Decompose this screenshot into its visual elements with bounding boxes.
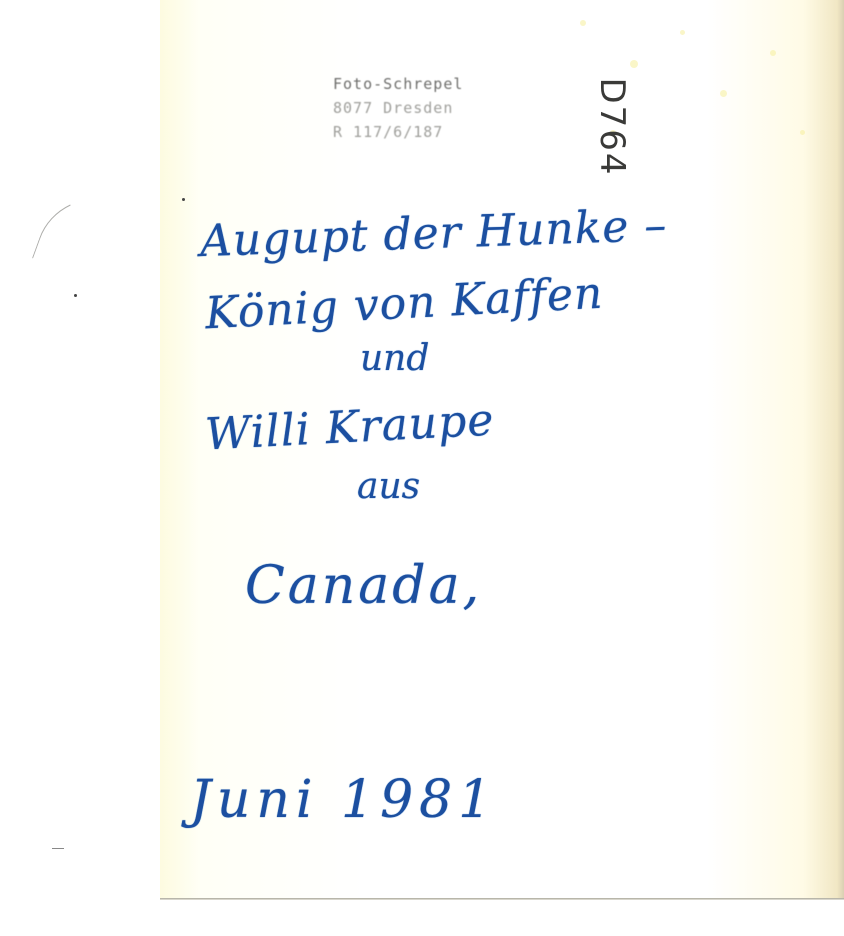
stamp-line-studio: Foto-Schrepel [333,72,533,96]
stain-speckle [580,20,586,26]
scanned-page: Foto-Schrepel 8077 Dresden R 117/6/187 D… [0,0,844,936]
handwriting-line-5: aus [357,466,420,507]
handwriting-line-location: Canada, [245,556,482,616]
ink-dot [74,294,77,297]
stain-speckle [720,90,727,97]
pencil-dash-mark [52,848,64,849]
stamp-line-city: 8077 Dresden [333,96,533,120]
pencil-arc-mark [32,182,117,279]
catalog-number-text: D764 [592,77,632,176]
stain-speckle [680,30,685,35]
handwriting-line-date: Juni 1981 [190,770,497,830]
stain-speckle [770,50,776,56]
handwriting-line-3: und [360,338,429,379]
stain-speckle [800,130,805,135]
studio-stamp: Foto-Schrepel 8077 Dresden R 117/6/187 [333,72,533,144]
ink-dot [182,198,185,201]
stamp-line-code: R 117/6/187 [333,120,533,144]
catalog-number: D764 [592,62,632,192]
